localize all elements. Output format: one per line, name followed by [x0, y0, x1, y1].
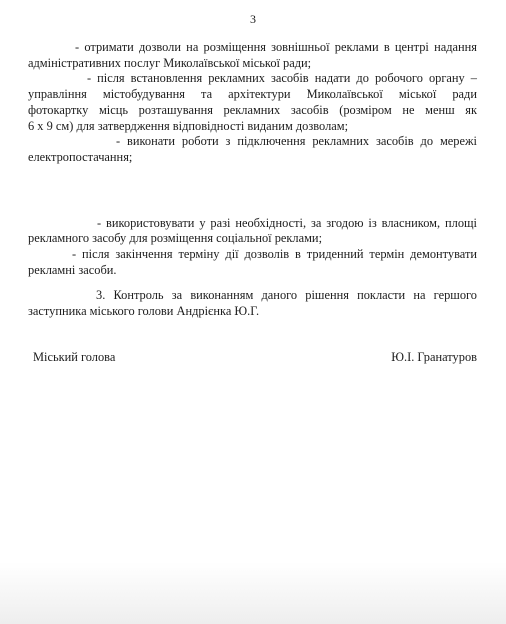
paragraph-block: 3. Контроль за виконанням даного рішення…	[28, 288, 477, 319]
document-page: 3 - отримати дозволи на розміщення зовні…	[0, 0, 506, 624]
paragraph-block: - використовувати у разі необхідності, з…	[28, 216, 477, 279]
text-line: заступника міського голови Андрієнка Ю.Г…	[28, 304, 477, 320]
page-number: 3	[0, 0, 506, 26]
text-line: - після встановлення рекламних засобів н…	[28, 71, 477, 87]
text-line: рекламного засобу для розміщення соціаль…	[28, 231, 477, 247]
signature-row: Міський голова Ю.І. Гранатуров	[33, 350, 477, 366]
text-line: 3. Контроль за виконанням даного рішення…	[28, 288, 477, 304]
paragraph-block: - отримати дозволи на розміщення зовнішн…	[28, 40, 477, 166]
signature-name: Ю.І. Гранатуров	[391, 350, 477, 366]
text-line: рекламні засоби.	[28, 263, 477, 279]
text-line: управління містобудування та архітектури…	[28, 87, 477, 103]
text-line: електропостачання;	[28, 150, 477, 166]
text-line: адміністративних послуг Миколаївської мі…	[28, 56, 477, 72]
text-line: - виконати роботи з підключення рекламни…	[28, 134, 477, 150]
signature-title: Міський голова	[33, 350, 115, 366]
text-line: 6 х 9 см) для затвердження відповідності…	[28, 119, 477, 135]
text-line: - після закінчення терміну дії дозволів …	[28, 247, 477, 263]
page-bottom-fade	[0, 562, 506, 624]
text-line: фотокартку місць розташування рекламних …	[28, 103, 477, 119]
text-line: - отримати дозволи на розміщення зовнішн…	[28, 40, 477, 56]
document-body: - отримати дозволи на розміщення зовнішн…	[28, 40, 477, 320]
text-line: - використовувати у разі необхідності, з…	[28, 216, 477, 232]
